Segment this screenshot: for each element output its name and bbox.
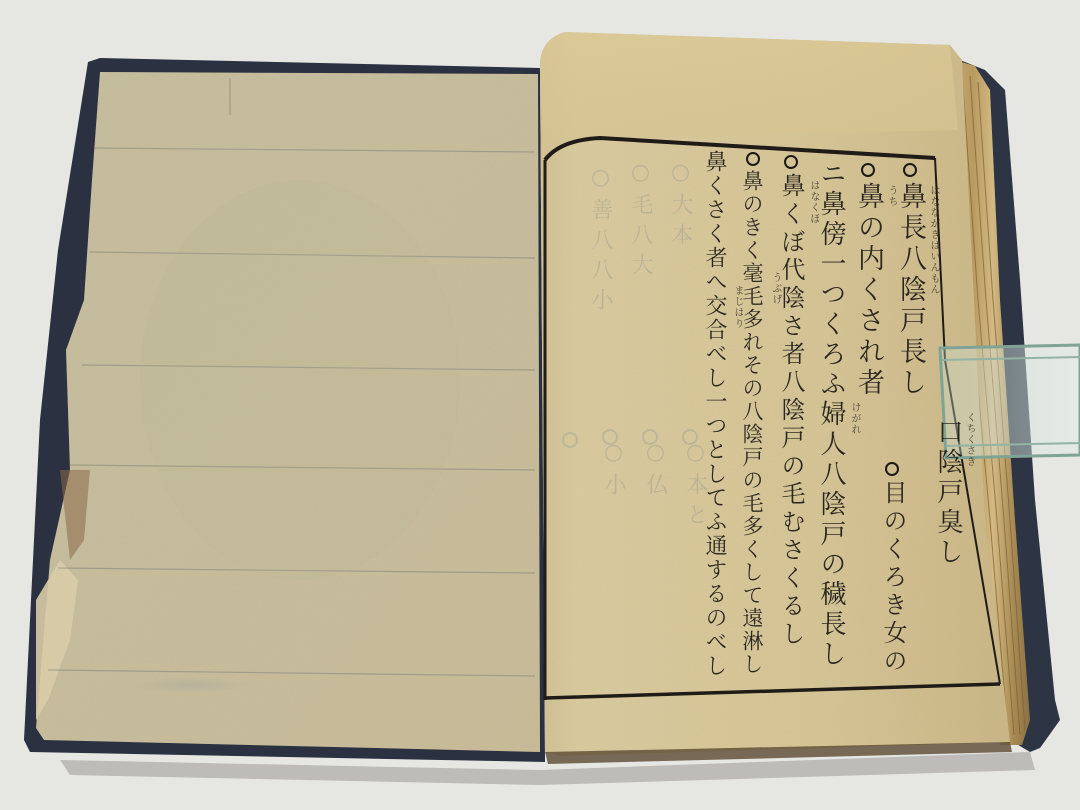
bleed-through-column: ○善八八小	[585, 165, 616, 318]
item-marker-circle	[885, 462, 899, 476]
furigana: はなながきはいんもん	[926, 185, 941, 295]
book-photograph	[0, 0, 1080, 810]
text-column: 口陰戸臭し	[935, 418, 961, 568]
text-column: 鼻の内くされ者	[855, 182, 882, 399]
right-page	[540, 32, 1012, 764]
item-marker-circle	[903, 163, 917, 177]
text-column: 鼻くぼ代陰さ者八陰戸の毛むさくるし	[779, 173, 803, 649]
photo-scene: ○大本 ○毛八大 ○善八八小 ○本と ○仏 ○小 鼻長八陰戸長し はなながきはい…	[0, 0, 1080, 810]
bleed-through-column: ○毛八大	[625, 160, 656, 283]
furigana: くちくさき	[962, 412, 977, 467]
text-column: 目のくろき女の	[881, 480, 905, 676]
text-column: 鼻くさく者へ交合べし一つとしてふ通するのべし	[703, 150, 725, 678]
text-column: ニ鼻傍一つくろふ婦人八陰戸の穢長し	[818, 160, 844, 670]
furigana: うぶげ	[768, 272, 783, 305]
left-page	[36, 72, 540, 752]
furigana: うち	[884, 185, 899, 207]
text-column: 鼻のきく毫毛多れその八陰戸の毛多くして遠淋し	[741, 170, 762, 676]
bleed-through-column: ○仏	[640, 440, 671, 503]
furigana: まじはり	[730, 285, 745, 329]
item-marker-circle	[861, 163, 875, 177]
text-column: 鼻長八陰戸長し	[897, 182, 924, 399]
item-marker-circle	[784, 155, 798, 169]
bleed-through-column: ○大本	[665, 160, 696, 253]
bleed-through-column: ○小	[598, 440, 629, 503]
furigana: はなくぼ	[806, 180, 821, 224]
item-marker-circle	[746, 152, 760, 166]
furigana: けがれ	[847, 402, 862, 435]
